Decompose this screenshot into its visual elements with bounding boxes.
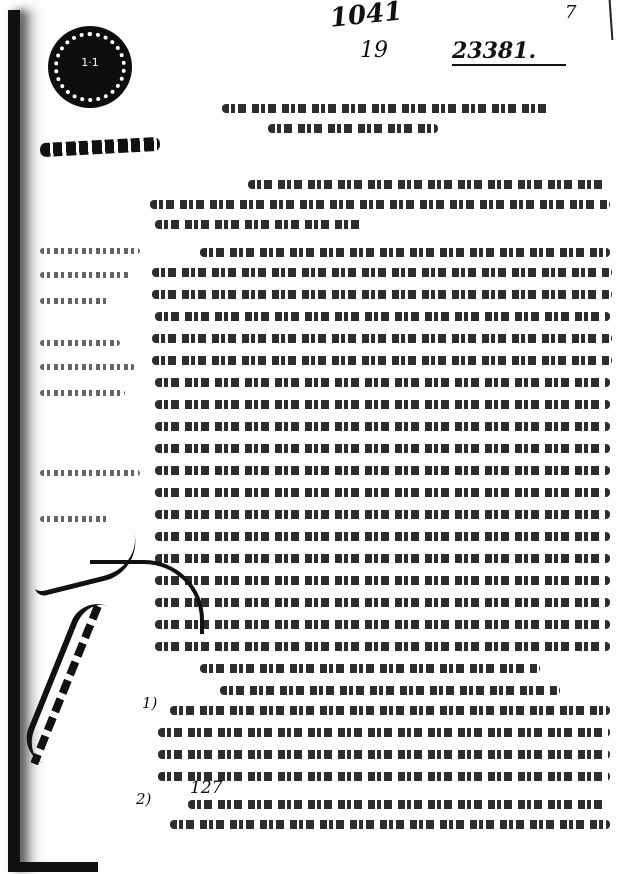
top-number: 1041 — [329, 0, 404, 34]
body-line — [152, 356, 612, 365]
number-127: 127 — [190, 778, 222, 798]
body-line — [155, 598, 610, 607]
body-line — [170, 706, 610, 715]
body-line — [200, 664, 540, 673]
body-line — [155, 378, 610, 387]
body-line — [155, 510, 610, 519]
document-page: 1·1 1041 7 19 23381. 1) 127 2) — [0, 0, 640, 874]
body-line — [155, 422, 610, 431]
reference-number: 23381. — [452, 38, 566, 66]
margin-note — [40, 516, 110, 522]
margin-note — [40, 470, 140, 476]
body-line — [170, 820, 610, 829]
body-line — [152, 334, 612, 343]
body-line — [155, 554, 610, 563]
body-line — [150, 200, 610, 209]
official-seal-icon: 1·1 — [48, 26, 132, 108]
margin-note — [40, 298, 110, 304]
body-line — [155, 312, 610, 321]
body-line — [155, 466, 610, 475]
body-line — [155, 576, 610, 585]
body-line — [152, 268, 612, 277]
subject-line — [268, 124, 438, 133]
margin-note — [40, 272, 130, 278]
body-line — [158, 772, 610, 781]
item-marker: 1) — [142, 694, 157, 712]
item-marker: 2) — [136, 790, 151, 808]
seal-text: 1·1 — [78, 56, 102, 78]
page-number: 7 — [565, 2, 576, 23]
body-line — [158, 750, 610, 759]
margin-note — [40, 390, 125, 396]
body-line — [155, 220, 365, 229]
body-line — [200, 248, 610, 257]
margin-note — [40, 364, 135, 370]
body-line — [188, 800, 608, 809]
margin-note — [40, 340, 120, 346]
scan-bottom-edge — [8, 862, 98, 872]
body-line — [152, 290, 612, 299]
margin-note — [40, 248, 140, 254]
body-line — [155, 642, 610, 651]
scan-binding-edge — [8, 10, 20, 870]
body-line — [155, 620, 610, 629]
body-line — [155, 444, 610, 453]
body-line — [220, 686, 560, 695]
body-line — [155, 488, 610, 497]
body-line — [155, 532, 610, 541]
salutation — [40, 137, 161, 157]
body-line — [155, 400, 610, 409]
body-line — [158, 728, 610, 737]
subject-line — [222, 104, 550, 113]
body-line — [248, 180, 606, 189]
folio-mark: 19 — [360, 38, 388, 63]
pen-stroke — [609, 0, 614, 40]
